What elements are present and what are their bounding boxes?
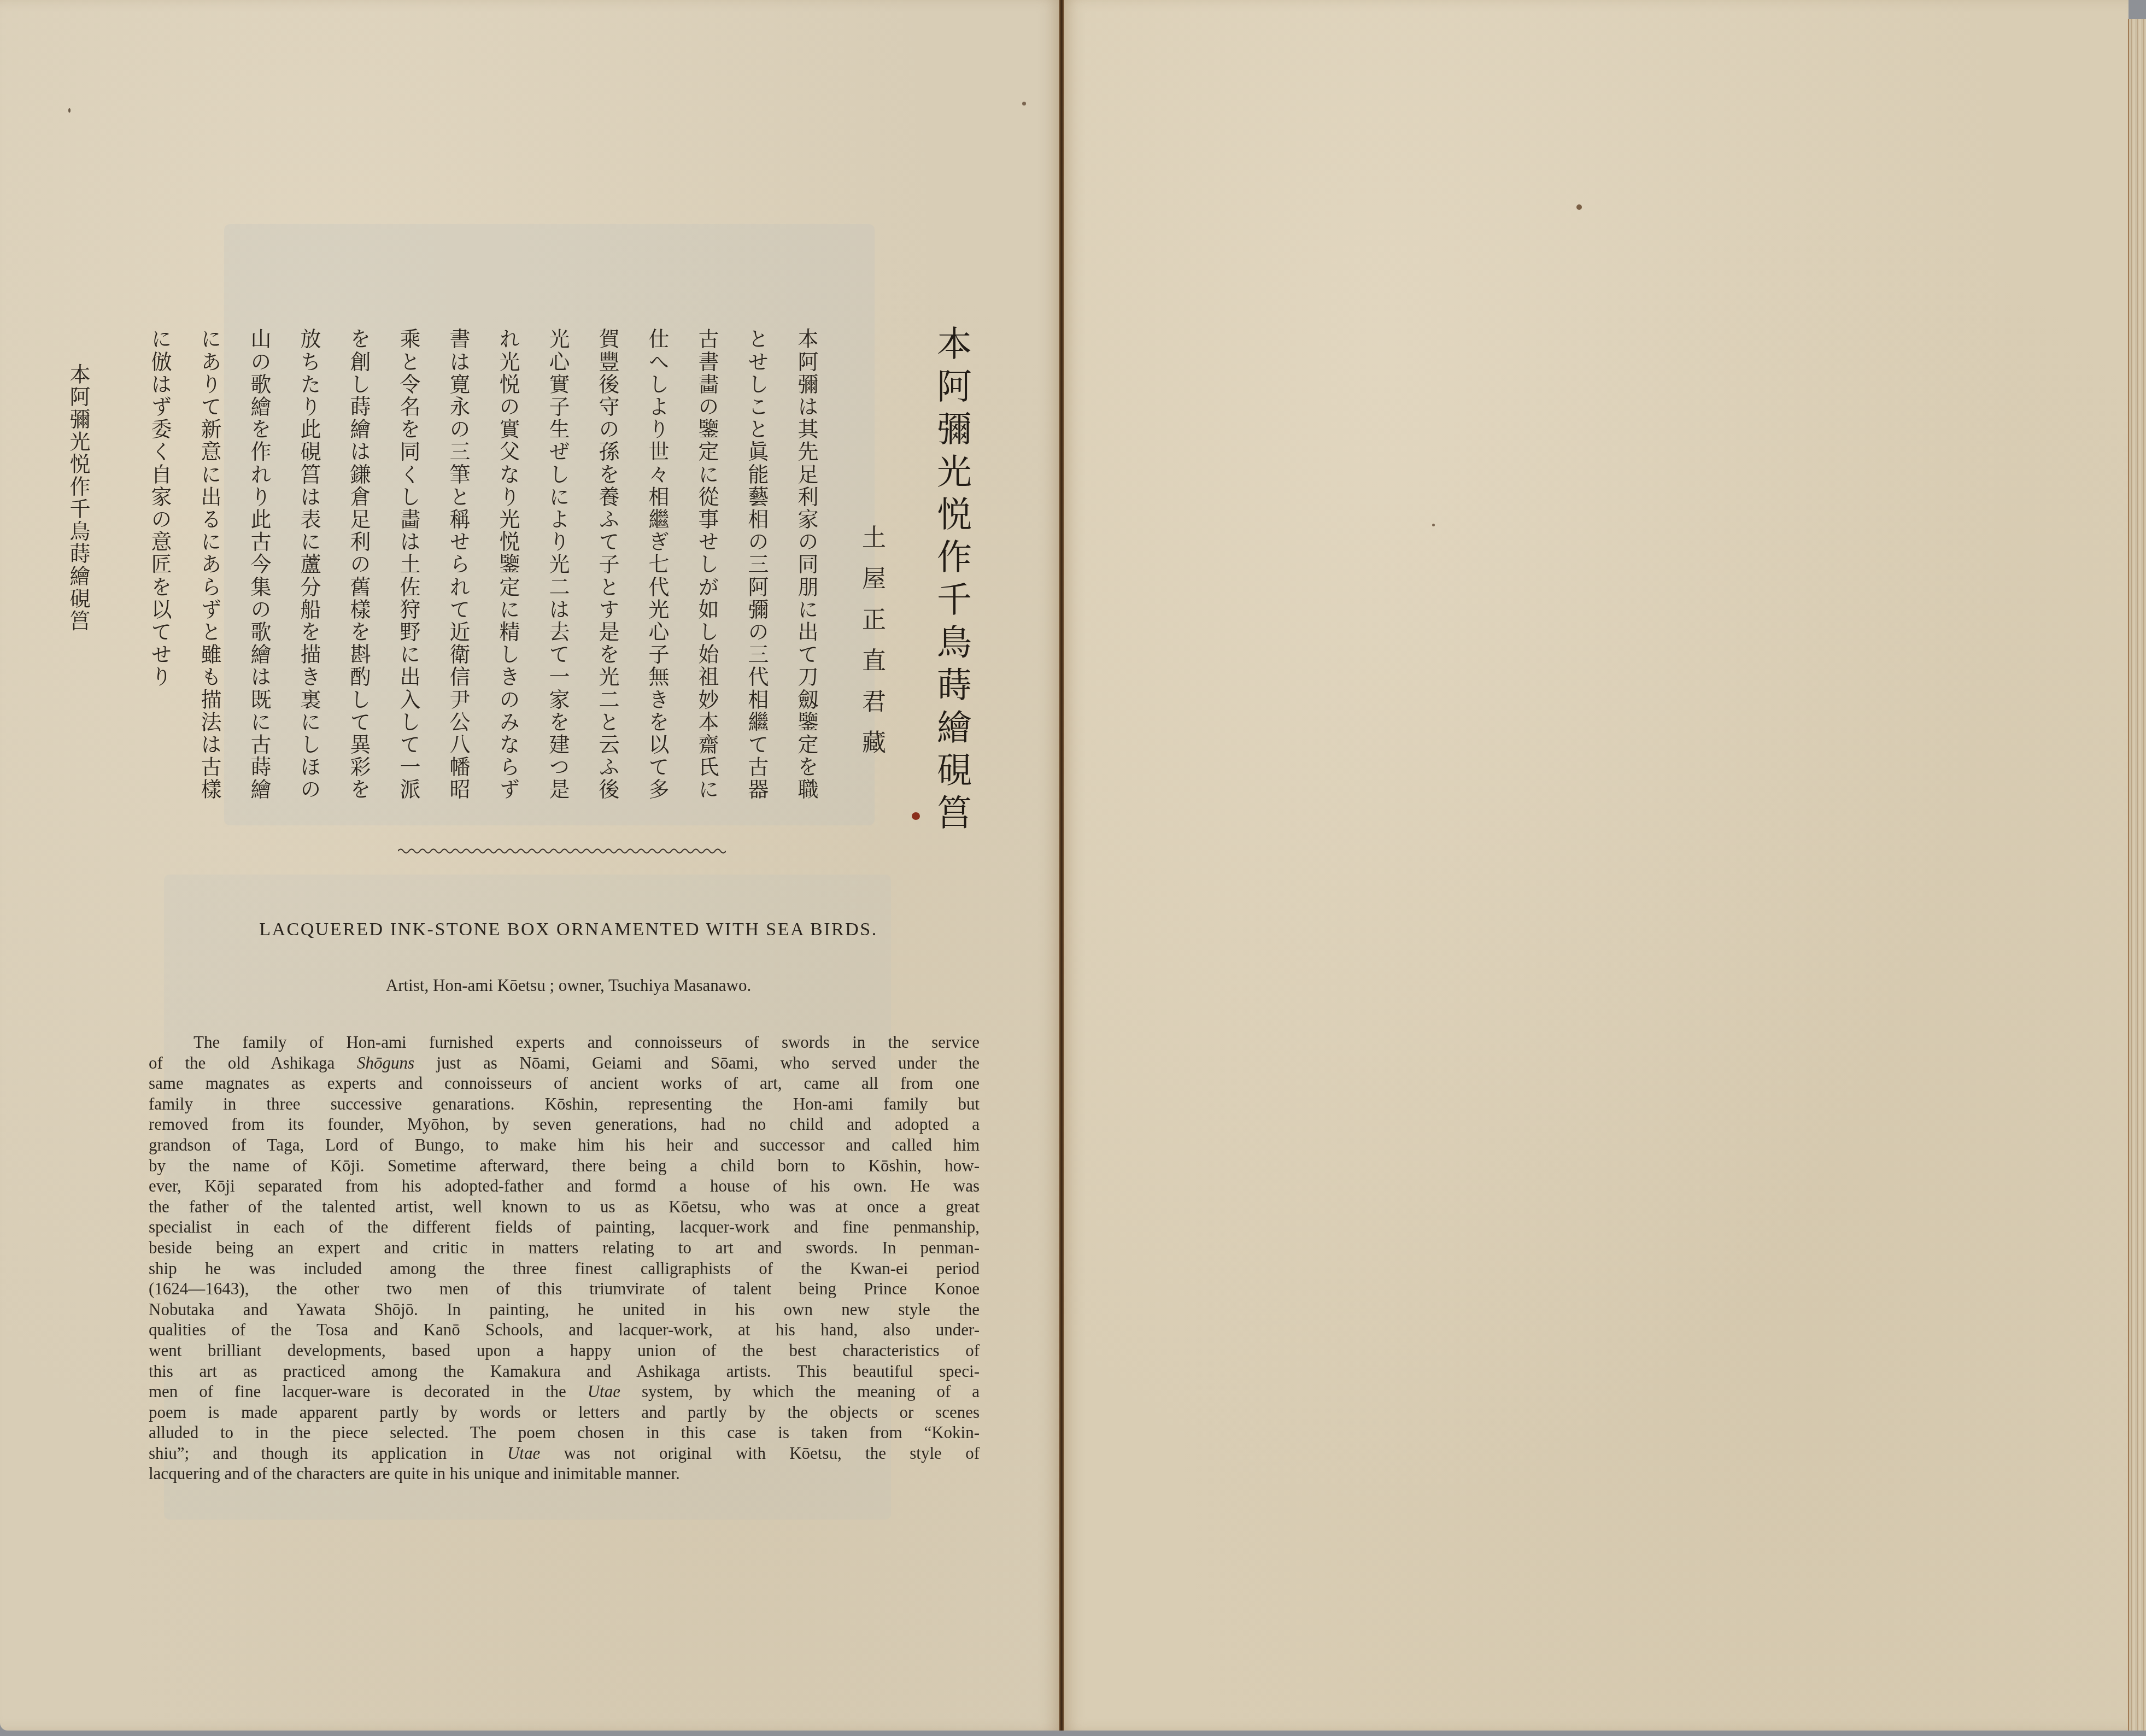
english-body-line: shiu”; and though its application in Uta… (149, 1443, 980, 1464)
english-body-line: grandson of Taga, Lord of Bungo, to make… (149, 1135, 980, 1156)
japanese-body-column: とせしこと眞能藝相の三阿彌の三代相繼て古器 (746, 328, 767, 801)
japanese-body-column: 古書畵の鑒定に從事せしが如し始祖妙本齋氏に (696, 328, 717, 801)
english-body-line: this art as practiced among the Kamakura… (149, 1361, 980, 1382)
english-body-line: family in three successive genarations. … (149, 1094, 980, 1115)
book-spread: 本阿彌光悦作千鳥蒔繪硯筥 土屋正直君藏 本阿彌は其先足利家の同朋に出て刀劔鑒定を… (0, 0, 2146, 1736)
english-body-text: The family of Hon-ami furnished experts … (149, 1032, 980, 1484)
stain-spot (1022, 102, 1026, 105)
japanese-body-column: に倣はず委く自家の意匠を以てせり (149, 328, 170, 688)
stacked-page-edges (2128, 19, 2146, 1731)
japanese-body-column: 仕へしより世々相繼ぎ七代光心子無きを以て多 (647, 328, 667, 801)
japanese-body-column: れ光悦の實父なり光悦鑒定に精しきのみならず (497, 328, 518, 801)
italic-term: Shōguns (357, 1053, 414, 1072)
english-body-line: qualities of the Tosa and Kanō Schools, … (149, 1319, 980, 1340)
japanese-owner-attribution: 土屋正直君藏 (859, 525, 883, 771)
japanese-body-column: 光心實子生ぜしにより光二は去て一家を建つ是 (547, 328, 568, 801)
english-body-line: specialist in each of the different fiel… (149, 1217, 980, 1238)
english-title: LACQUERED INK-STONE BOX ORNAMENTED WITH … (186, 919, 951, 940)
italic-term: Utae (507, 1444, 540, 1463)
japanese-body-column: を創し蒔繪は鎌倉足利の舊樣を斟酌して異彩を (348, 328, 369, 801)
japanese-title: 本阿彌光悦作千鳥蒔繪硯筥 (934, 325, 969, 837)
right-page-blank (1064, 0, 2129, 1731)
english-body-line: The family of Hon-ami furnished experts … (149, 1032, 980, 1053)
japanese-body-column: 山の歌繪を作れり此古今集の歌繪は既に古蒔繪 (249, 328, 269, 801)
english-body-line: of the old Ashikaga Shōguns just as Nōam… (149, 1053, 980, 1074)
italic-term: Utae (588, 1382, 620, 1401)
english-body-line: lacquering and of the characters are qui… (149, 1463, 980, 1484)
english-body-line: ever, Kōji separated from his adopted-fa… (149, 1176, 980, 1197)
stain-spot (1432, 524, 1435, 526)
stain-spot (1576, 204, 1582, 210)
japanese-body-column: 賀豐後守の孫を養ふて子とす是を光二と云ふ後 (597, 328, 618, 801)
english-body-line: by the name of Kōji. Sometime afterward,… (149, 1156, 980, 1176)
english-body-line: alluded to in the piece selected. The po… (149, 1422, 980, 1443)
english-body-line: the father of the talented artist, well … (149, 1197, 980, 1217)
left-page: 本阿彌光悦作千鳥蒔繪硯筥 土屋正直君藏 本阿彌は其先足利家の同朋に出て刀劔鑒定を… (0, 0, 1059, 1731)
wavy-divider (398, 847, 726, 855)
japanese-body-column: にありて新意に出るにあらずと雖も描法は古樣 (199, 328, 220, 801)
stain-spot (912, 812, 920, 820)
running-head: 本阿彌光悦作千鳥蒔繪硯筥 (68, 363, 89, 632)
english-body-line: Nobutaka and Yawata Shōjō. In painting, … (149, 1299, 980, 1320)
english-body-line: poem is made apparent partly by words or… (149, 1402, 980, 1423)
english-body-line: men of fine lacquer-ware is decorated in… (149, 1381, 980, 1402)
japanese-body-column: 放ちたり此硯筥は表に蘆分船を描き裏にしほの (298, 328, 319, 801)
english-body-line: removed from its founder, Myōhon, by sev… (149, 1114, 980, 1135)
english-body-line: same magnates as experts and connoisseur… (149, 1073, 980, 1094)
english-body-line: beside being an expert and critic in mat… (149, 1238, 980, 1258)
english-body-line: (1624—1643), the other two men of this t… (149, 1278, 980, 1299)
japanese-body-column: 書は寛永の三筆と稱せられて近衛信尹公八幡昭 (448, 328, 468, 801)
japanese-body-column: 本阿彌は其先足利家の同朋に出て刀劔鑒定を職 (796, 328, 817, 801)
english-body-line: went brilliant developments, based upon … (149, 1340, 980, 1361)
english-subtitle: Artist, Hon-ami Kōetsu ; owner, Tsuchiya… (186, 976, 951, 995)
book-gutter (1059, 0, 1064, 1731)
stain-spot (68, 108, 71, 113)
japanese-body-column: 乘と令名を同くし畵は土佐狩野に出入して一派 (398, 328, 419, 801)
english-body-line: ship he was included among the three fin… (149, 1258, 980, 1279)
